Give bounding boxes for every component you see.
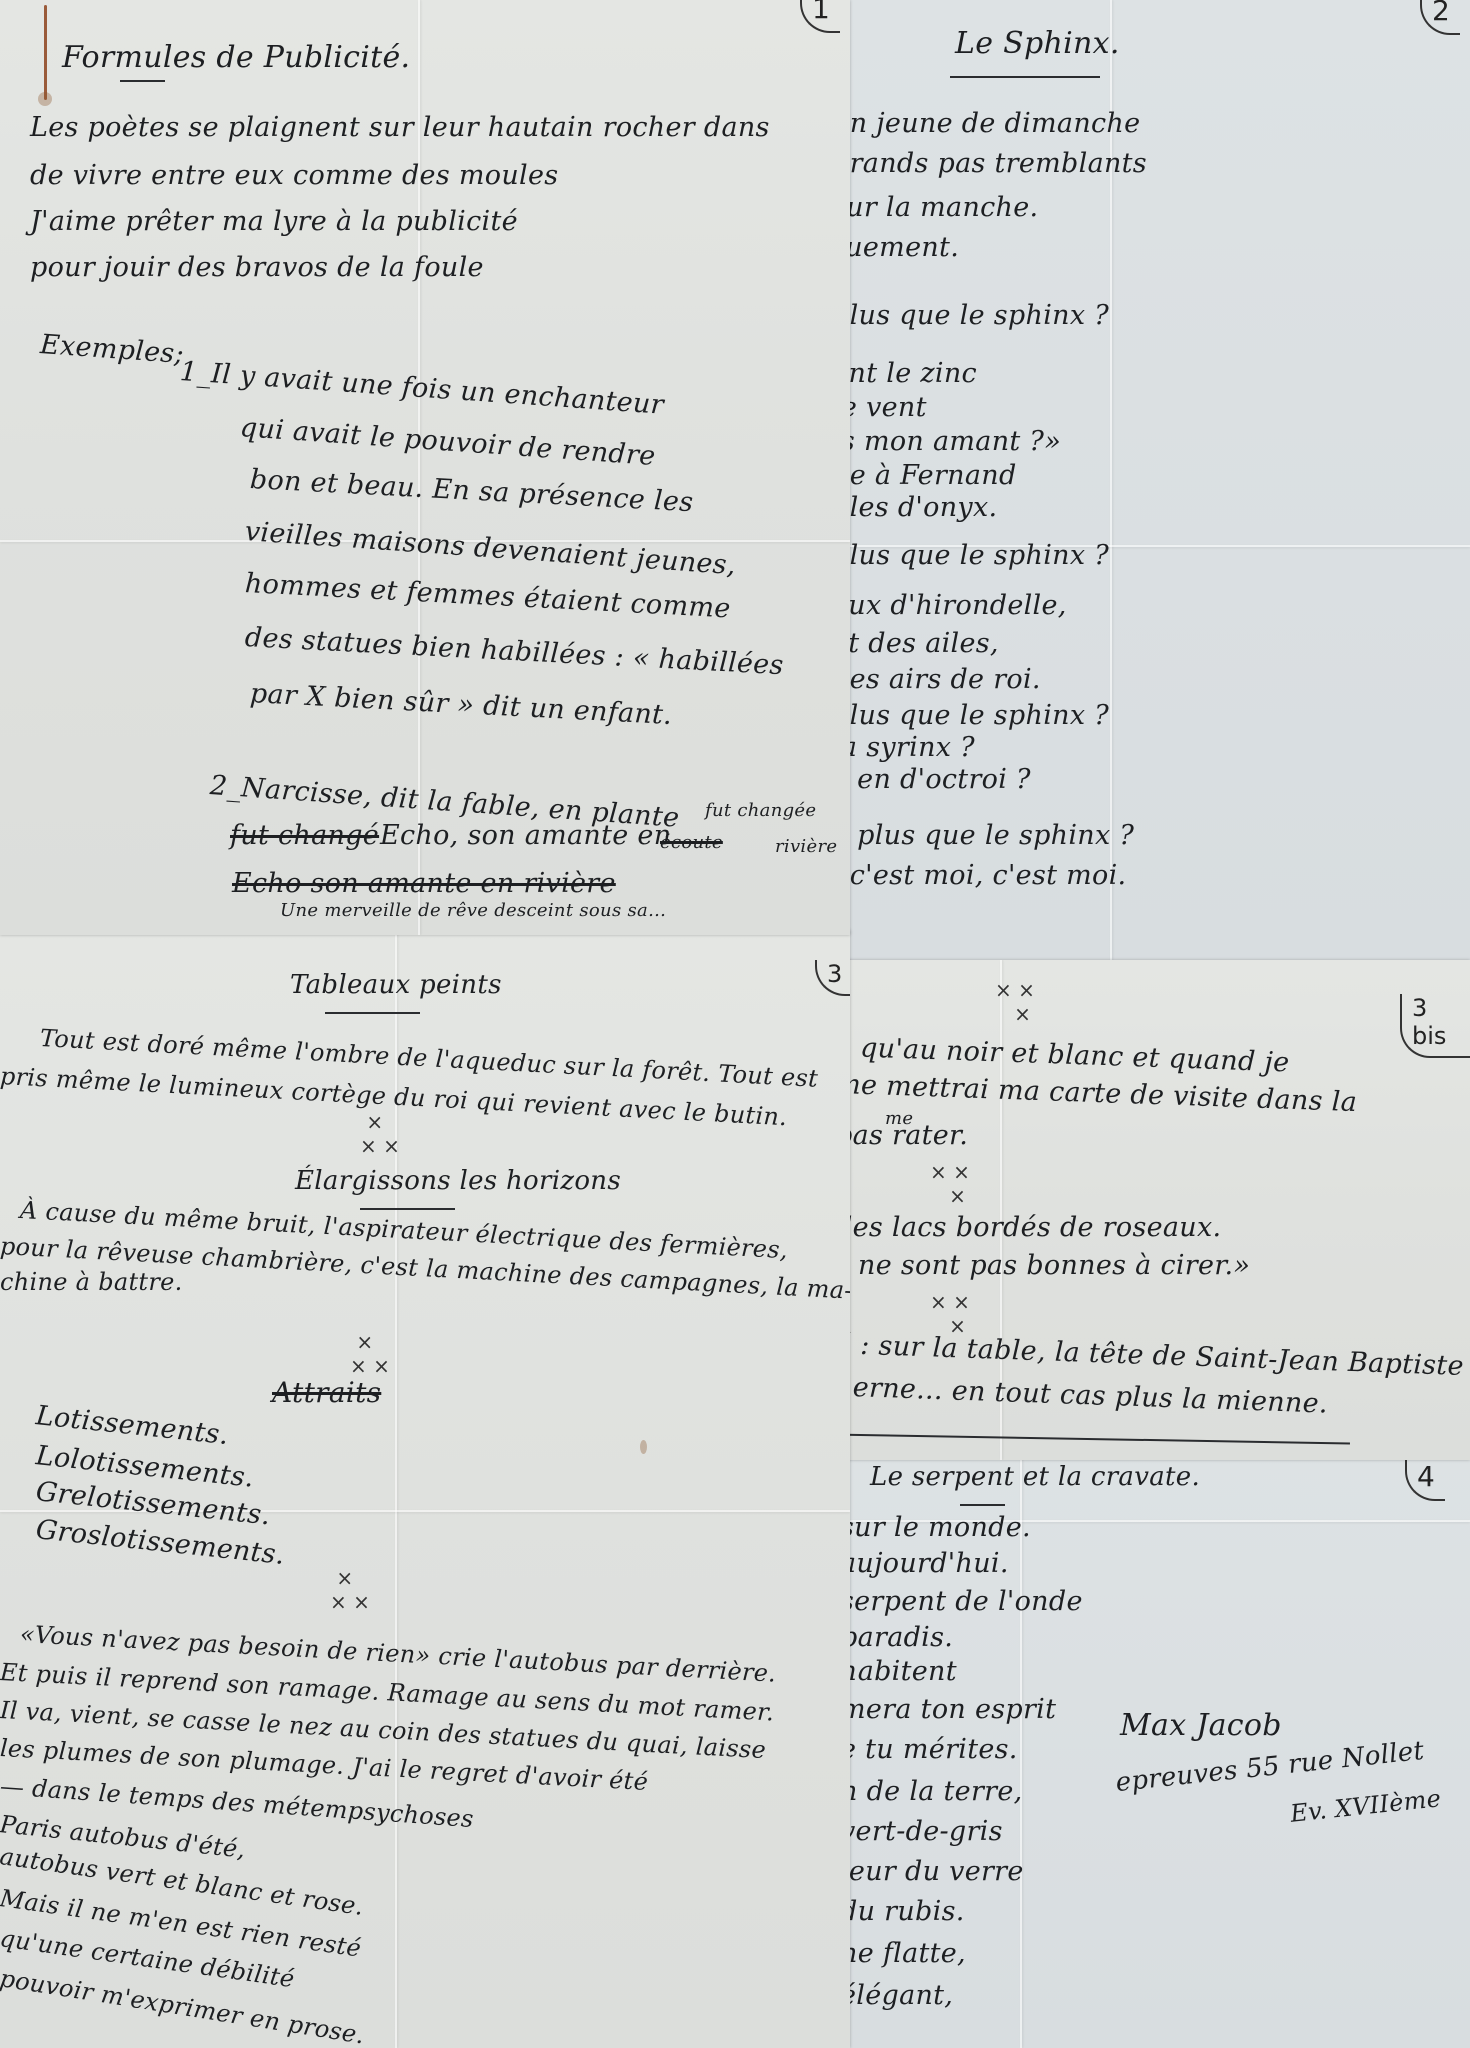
poem-line: plus que le sphinx ? bbox=[832, 300, 1109, 331]
inserted-text: rivière bbox=[775, 836, 837, 857]
example-line: des statues bien habillées : « habillées bbox=[244, 622, 784, 681]
poem-line: et des ailes, bbox=[832, 628, 999, 659]
example-line: par X bien sûr » dit un enfant. bbox=[249, 678, 673, 731]
page-number: 3 bbox=[815, 960, 850, 996]
rust-mark bbox=[44, 5, 47, 100]
poem-line: pour jouir des bravos de la foule bbox=[30, 252, 484, 283]
poem-line: la syrinx ? bbox=[832, 732, 975, 763]
example-line: qui avait le pouvoir de rendre bbox=[239, 412, 657, 472]
poem-line: élégant, bbox=[840, 1980, 953, 2011]
title-underline bbox=[360, 1208, 455, 1210]
example-line: 1_Il y avait une fois un enchanteur bbox=[179, 356, 665, 421]
separator-mark: ×× × bbox=[350, 1330, 390, 1378]
separator-mark: × × × bbox=[930, 1290, 970, 1338]
inserted-text: fut changée bbox=[705, 800, 816, 821]
poem-title: Le Sphinx. bbox=[955, 26, 1120, 61]
poem-line: sur le monde. bbox=[840, 1512, 1031, 1543]
example-line: bon et beau. En sa présence les bbox=[249, 464, 694, 518]
page-number: 1 bbox=[800, 0, 840, 33]
title-underline bbox=[120, 80, 165, 82]
separator-mark: × × × bbox=[995, 978, 1035, 1026]
separator-mark: ×× × bbox=[330, 1566, 370, 1614]
poem-line: du rubis. bbox=[840, 1896, 965, 1927]
paper-stain bbox=[38, 92, 52, 106]
section-title: Tableaux peints bbox=[290, 970, 502, 1000]
document-title: Formules de Publicité. bbox=[62, 40, 410, 75]
poem-line: e tu mérites. bbox=[840, 1734, 1018, 1765]
fold-line bbox=[1110, 0, 1112, 960]
poem-line: n de la terre, bbox=[840, 1776, 1023, 1807]
manuscript-sheet-3: 3 Tableaux peints Tout est doré même l'o… bbox=[0, 930, 850, 2048]
section-title: Élargissons les horizons bbox=[295, 1166, 621, 1196]
title-underline bbox=[960, 1504, 1005, 1506]
prose-line: herne... en tout cas plus la mienne. bbox=[835, 1371, 1329, 1419]
manuscript-sheet-4: 4 Le serpent et la cravate. sur le monde… bbox=[830, 1440, 1470, 2048]
separator-mark: ×× × bbox=[360, 1110, 400, 1158]
author-signature: Max Jacob bbox=[1120, 1708, 1282, 1743]
prose-line: pas rater. bbox=[835, 1120, 968, 1151]
prose-line: des lacs bordés de roseaux. bbox=[835, 1212, 1221, 1243]
struck-text: Echo son amante en rivière bbox=[232, 868, 616, 899]
poem-line: habitent bbox=[840, 1656, 957, 1687]
page-number: 2 bbox=[1420, 0, 1460, 35]
example-line: Une merveille de rêve desceint sous sa..… bbox=[280, 900, 666, 921]
poem-line: eux d'hirondelle, bbox=[832, 590, 1067, 621]
poem-line: ruement. bbox=[832, 232, 959, 263]
poem-line: vert-de-gris bbox=[840, 1816, 1003, 1847]
manuscript-sheet-3bis: 3 bis × × × qu'au noir et blanc et quand… bbox=[830, 960, 1470, 1460]
poem-line: mera ton esprit bbox=[840, 1694, 1056, 1725]
poem-line: des airs de roi. bbox=[832, 664, 1041, 695]
struck-title: Attraits bbox=[272, 1376, 381, 1409]
poem-line: gles d'onyx. bbox=[832, 492, 997, 523]
poem-line: Les poètes se plaignent sur leur hautain… bbox=[30, 112, 770, 143]
example-line: hommes et femmes étaient comme bbox=[244, 568, 731, 624]
separator-mark: × × × bbox=[930, 1160, 970, 1208]
title-underline bbox=[950, 76, 1100, 78]
poem-line: de vivre entre eux comme des moules bbox=[30, 160, 558, 191]
poem-line: paradis. bbox=[840, 1622, 953, 1653]
poem-line: sur la manche. bbox=[832, 192, 1038, 223]
struck-text: écoute bbox=[660, 832, 723, 853]
poem-line: , c'est moi, c'est moi. bbox=[832, 860, 1126, 891]
signature-note: epreuves 55 rue Nollet bbox=[1114, 1736, 1425, 1798]
prose-line: chine à battre. bbox=[0, 1268, 183, 1296]
paper-stain bbox=[640, 1440, 647, 1454]
poem-line: ont le zinc bbox=[832, 358, 977, 389]
struck-text: fut changé bbox=[230, 820, 379, 851]
poem-line: J'aime prêter ma lyre à la publicité bbox=[30, 206, 518, 237]
signature-note: Ev. XVIIème bbox=[1289, 1784, 1442, 1828]
title-underline bbox=[325, 1012, 420, 1014]
poem-line: ne à Fernand bbox=[832, 460, 1017, 491]
manuscript-sheet-1: 1 Formules de Publicité. Les poètes se p… bbox=[0, 0, 850, 935]
page-number: 4 bbox=[1405, 1460, 1445, 1501]
poem-line: serpent de l'onde bbox=[840, 1586, 1083, 1617]
poem-line: grands pas tremblants bbox=[832, 148, 1147, 179]
example-line: Echo, son amante en bbox=[380, 820, 671, 851]
poem-title: Le serpent et la cravate. bbox=[870, 1462, 1200, 1492]
poem-line: leur du verre bbox=[840, 1856, 1024, 1887]
examples-label: Exemples; bbox=[39, 329, 185, 370]
poem-line: aujourd'hui. bbox=[840, 1548, 1009, 1579]
poem-line: is mon amant ?» bbox=[832, 426, 1061, 457]
poem-line: plus que le sphinx ? bbox=[832, 540, 1109, 571]
manuscript-sheet-2: 2 Le Sphinx. un jeune de dimanche grands… bbox=[820, 0, 1470, 960]
poem-line: e plus que le sphinx ? bbox=[832, 820, 1134, 851]
poem-line: plus que le sphinx ? bbox=[832, 700, 1109, 731]
section-divider bbox=[830, 1433, 1350, 1444]
page-number: 3 bis bbox=[1400, 994, 1470, 1058]
poem-line: ne flatte, bbox=[840, 1938, 966, 1969]
poem-line: un jeune de dimanche bbox=[832, 108, 1140, 139]
poem-line: e en d'octroi ? bbox=[832, 764, 1031, 795]
prose-line: s ne sont pas bonnes à cirer.» bbox=[835, 1250, 1250, 1281]
